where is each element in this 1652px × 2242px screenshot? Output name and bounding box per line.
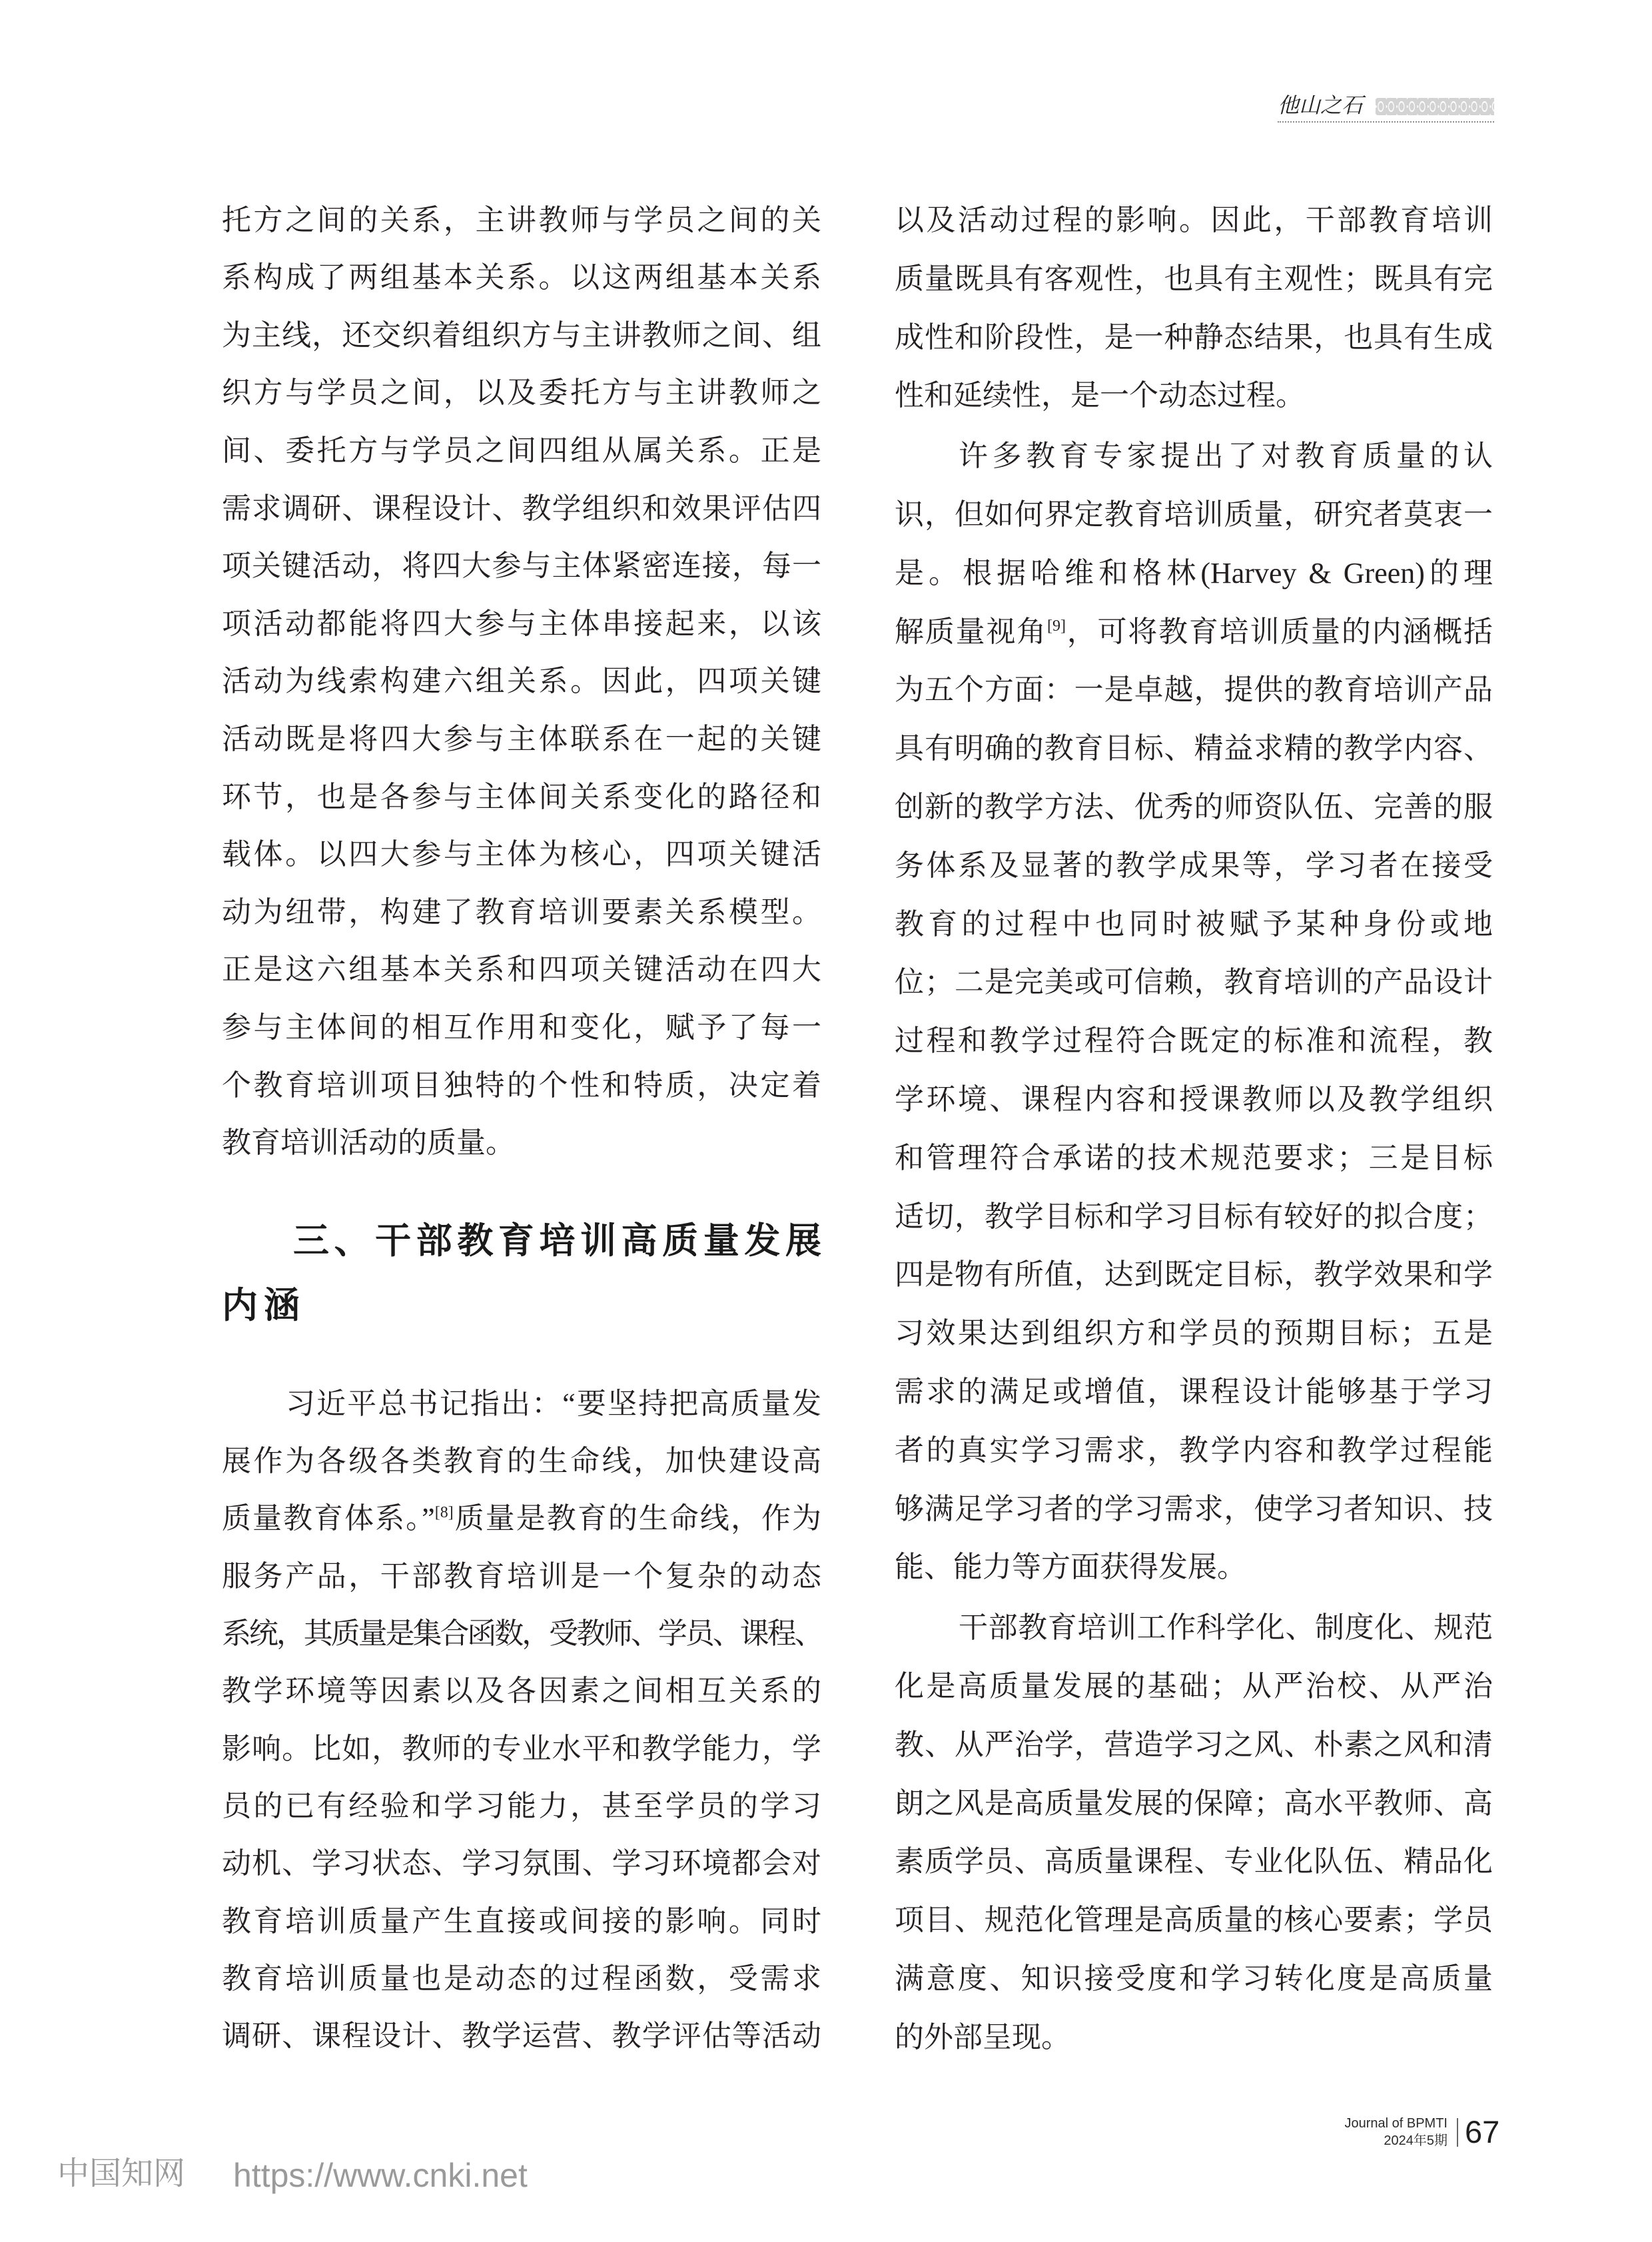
text-line: 动机、学习状态、学习氛围、学习环境都会对 — [222, 1835, 821, 1892]
text-line: 教育培训活动的质量。 — [222, 1114, 821, 1172]
text-line: 过程和教学过程符合既定的标准和流程，教 — [895, 1012, 1493, 1070]
section-heading-line: 三、干部教育培训高质量发展 — [222, 1209, 821, 1274]
text-line: 化是高质量发展的基础；从严治校、从严治 — [895, 1657, 1493, 1716]
text-line: 学环境、课程内容和授课教师以及教学组织 — [895, 1070, 1493, 1129]
text-line: 是。根据哈维和格林(Harvey & Green)的理 — [895, 544, 1493, 603]
text-line: 织方与学员之间，以及委托方与主讲教师之 — [222, 364, 821, 422]
text-line: 调研、课程设计、教学运营、教学评估等活动 — [222, 2008, 821, 2065]
header-dotted-rule — [1278, 121, 1494, 123]
text-line: 活动既是将四大参与主体联系在一起的关键 — [222, 711, 821, 769]
right-paragraph-3: 干部教育培训工作科学化、制度化、规范 化是高质量发展的基础；从严治校、从严治 教… — [895, 1599, 1493, 2066]
text-line: 干部教育培训工作科学化、制度化、规范 — [895, 1599, 1493, 1657]
text-segment: ，可将教育培训质量的内涵概括 — [1066, 615, 1493, 648]
text-line: 动为纽带，构建了教育培训要素关系模型。 — [222, 884, 821, 942]
text-line: 务体系及显著的教学成果等，学习者在接受 — [895, 837, 1493, 895]
text-line: 习近平总书记指出：“要坚持把高质量发 — [222, 1375, 821, 1433]
text-line: 者的真实学习需求，教学内容和教学过程能 — [895, 1421, 1493, 1480]
watermark-url: https://www.cnki.net — [233, 2159, 528, 2192]
text-line: 个教育培训项目独特的个性和特质，决定着 — [222, 1057, 821, 1115]
right-column: 以及活动过程的影响。因此，干部教育培训 质量既具有客观性，也具有主观性；既具有完… — [895, 191, 1493, 2067]
text-line: 教、从严治学，营造学习之风、朴素之风和清 — [895, 1716, 1493, 1774]
text-line: 教育培训质量也是动态的过程函数，受需求 — [222, 1950, 821, 2008]
text-line: 托方之间的关系，主讲教师与学员之间的关 — [222, 192, 821, 250]
text-line: 朗之风是高质量发展的保障；高水平教师、高 — [895, 1774, 1493, 1833]
text-line: 系构成了两组基本关系。以这两组基本关系 — [222, 249, 821, 307]
section-heading-line: 内涵 — [222, 1274, 821, 1338]
footer-divider — [1457, 2118, 1458, 2147]
text-line: 解质量视角[9]，可将教育培训质量的内涵概括 — [895, 603, 1493, 661]
text-line: 质量教育体系。”[8]质量是教育的生命线，作为 — [222, 1490, 821, 1547]
text-line: 教学环境等因素以及各因素之间相互关系的 — [222, 1663, 821, 1720]
journal-name: Journal of BPMTI — [1344, 2117, 1447, 2130]
citation-marker: [9] — [1047, 617, 1066, 635]
text-line: 正是这六组基本关系和四项关键活动在四大 — [222, 941, 821, 999]
right-paragraph-1: 以及活动过程的影响。因此，干部教育培训 质量既具有客观性，也具有主观性；既具有完… — [895, 191, 1493, 425]
text-line: 具有明确的教育目标、精益求精的教学内容、 — [895, 719, 1493, 778]
text-line: 项活动都能将四大参与主体串接起来，以该 — [222, 595, 821, 653]
text-line: 素质学员、高质量课程、专业化队伍、精品化 — [895, 1832, 1493, 1891]
text-line: 为五个方面：一是卓越，提供的教育培训产品 — [895, 661, 1493, 719]
text-line: 四是物有所值，达到既定目标，教学效果和学 — [895, 1246, 1493, 1304]
text-line: 能、能力等方面获得发展。 — [895, 1538, 1493, 1597]
section-heading: 三、干部教育培训高质量发展 内涵 — [222, 1209, 821, 1338]
text-line: 和管理符合承诺的技术规范要求；三是目标 — [895, 1129, 1493, 1188]
text-line: 识，但如何界定教育培训质量，研究者莫衷一 — [895, 486, 1493, 544]
text-segment: 质量教育体系。” — [222, 1502, 435, 1535]
left-paragraph-2: 习近平总书记指出：“要坚持把高质量发 展作为各级各类教育的生命线，加快建设高 质… — [222, 1375, 821, 2065]
text-line: 需求的满足或增值，课程设计能够基于学习 — [895, 1363, 1493, 1421]
page-number: 67 — [1465, 2116, 1499, 2147]
text-line: 满意度、知识接受度和学习转化度是高质量 — [895, 1950, 1493, 2008]
text-line: 质量既具有客观性，也具有主观性；既具有完 — [895, 250, 1493, 308]
journal-page: 他山之石 托方之间的关系，主讲教师与学员之间的关 系构成了两组基本关系。以这两组… — [0, 0, 1652, 2242]
text-segment: 解质量视角 — [895, 615, 1047, 648]
text-line: 需求调研、课程设计、教学组织和效果评估四 — [222, 480, 821, 538]
text-line: 项关键活动，将四大参与主体紧密连接，每一 — [222, 538, 821, 595]
text-line: 够满足学习者的学习需求，使学习者知识、技 — [895, 1480, 1493, 1539]
text-line: 教育的过程中也同时被赋予某种身份或地 — [895, 895, 1493, 954]
right-paragraph-2: 许多教育专家提出了对教育质量的认 识，但如何界定教育培训质量，研究者莫衷一 是。… — [895, 427, 1493, 1597]
text-line: 成性和阶段性，是一种静态结果，也具有生成 — [895, 308, 1493, 367]
text-line: 以及活动过程的影响。因此，干部教育培训 — [895, 191, 1493, 250]
text-line: 活动为线索构建六组关系。因此，四项关键 — [222, 653, 821, 711]
text-line: 习效果达到组织方和学员的预期目标；五是 — [895, 1304, 1493, 1363]
text-line: 位；二是完美或可信赖，教育培训的产品设计 — [895, 953, 1493, 1012]
text-line: 展作为各级各类教育的生命线，加快建设高 — [222, 1433, 821, 1490]
header-pattern-decoration — [1376, 98, 1494, 115]
text-line: 性和延续性，是一个动态过程。 — [895, 366, 1493, 425]
text-line: 为主线，还交织着组织方与主讲教师之间、组 — [222, 307, 821, 365]
text-line: 的外部呈现。 — [895, 2008, 1493, 2067]
watermark-site-name: 中国知网 — [57, 2157, 185, 2191]
citation-marker: [8] — [435, 1504, 454, 1521]
text-line: 项目、规范化管理是高质量的核心要素；学员 — [895, 1891, 1493, 1950]
left-paragraph-1: 托方之间的关系，主讲教师与学员之间的关 系构成了两组基本关系。以这两组基本关系 … — [222, 192, 821, 1172]
text-line: 环节，也是各参与主体间关系变化的路径和 — [222, 769, 821, 827]
text-line: 系统，其质量是集合函数，受教师、学员、课程、 — [222, 1605, 821, 1663]
text-line: 适切，教学目标和学习目标有较好的拟合度； — [895, 1188, 1493, 1246]
text-line: 载体。以四大参与主体为核心，四项关键活 — [222, 826, 821, 884]
text-line: 影响。比如，教师的专业水平和教学能力，学 — [222, 1720, 821, 1778]
section-title: 他山之石 — [1278, 92, 1363, 119]
text-line: 员的已有经验和学习能力，甚至学员的学习 — [222, 1778, 821, 1835]
journal-issue: 2024年5期 — [1384, 2134, 1447, 2147]
text-line: 参与主体间的相互作用和变化，赋予了每一 — [222, 999, 821, 1057]
text-line: 许多教育专家提出了对教育质量的认 — [895, 427, 1493, 486]
text-line: 教育培训质量产生直接或间接的影响。同时 — [222, 1893, 821, 1950]
text-segment: 质量是教育的生命线，作为 — [454, 1502, 821, 1535]
text-line: 服务产品，干部教育培训是一个复杂的动态 — [222, 1548, 821, 1605]
text-line: 创新的教学方法、优秀的师资队伍、完善的服 — [895, 778, 1493, 837]
text-line: 间、委托方与学员之间四组从属关系。正是 — [222, 422, 821, 480]
